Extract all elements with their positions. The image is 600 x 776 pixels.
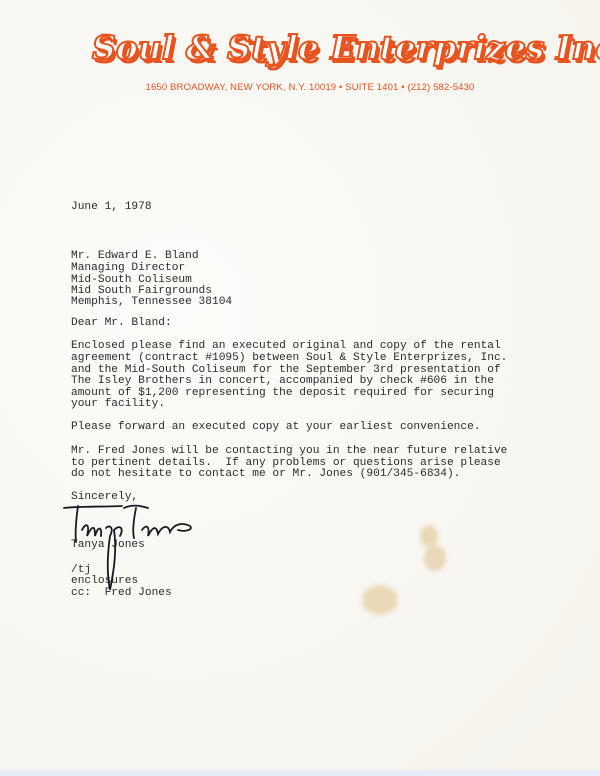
recipient-line: Managing Director — [71, 263, 185, 275]
paragraph-line: Please forward an executed copy at your … — [71, 422, 481, 434]
salutation: Dear Mr. Bland: — [71, 318, 172, 330]
signature — [62, 500, 222, 600]
page-edge — [0, 770, 600, 776]
letterhead-address: 1650 BROADWAY, NEW YORK, N.Y. 10019 • SU… — [80, 82, 540, 93]
company-logo: Soul & Style Enterprizes Inc. — [92, 28, 522, 67]
paragraph-line: agreement (contract #1095) between Soul … — [71, 353, 507, 365]
paragraph-line: do not hesitate to contact me or Mr. Jon… — [71, 469, 460, 481]
recipient-line: Memphis, Tennessee 38104 — [71, 297, 232, 309]
letter-date: June 1, 1978 — [71, 202, 152, 214]
paragraph-line: your facility. — [71, 399, 165, 411]
paragraph-line: The Isley Brothers in concert, accompani… — [71, 376, 494, 388]
paragraph-line: Enclosed please find an executed origina… — [71, 341, 501, 353]
recipient-line: Mr. Edward E. Bland — [71, 251, 199, 263]
paper-stain — [362, 585, 398, 615]
letter-body: June 1, 1978 Mr. Edward E. Bland Managin… — [71, 0, 84, 336]
paper-stain — [420, 525, 438, 547]
paper-stain — [424, 545, 446, 571]
paragraph-line: Mr. Fred Jones will be contacting you in… — [71, 446, 507, 458]
